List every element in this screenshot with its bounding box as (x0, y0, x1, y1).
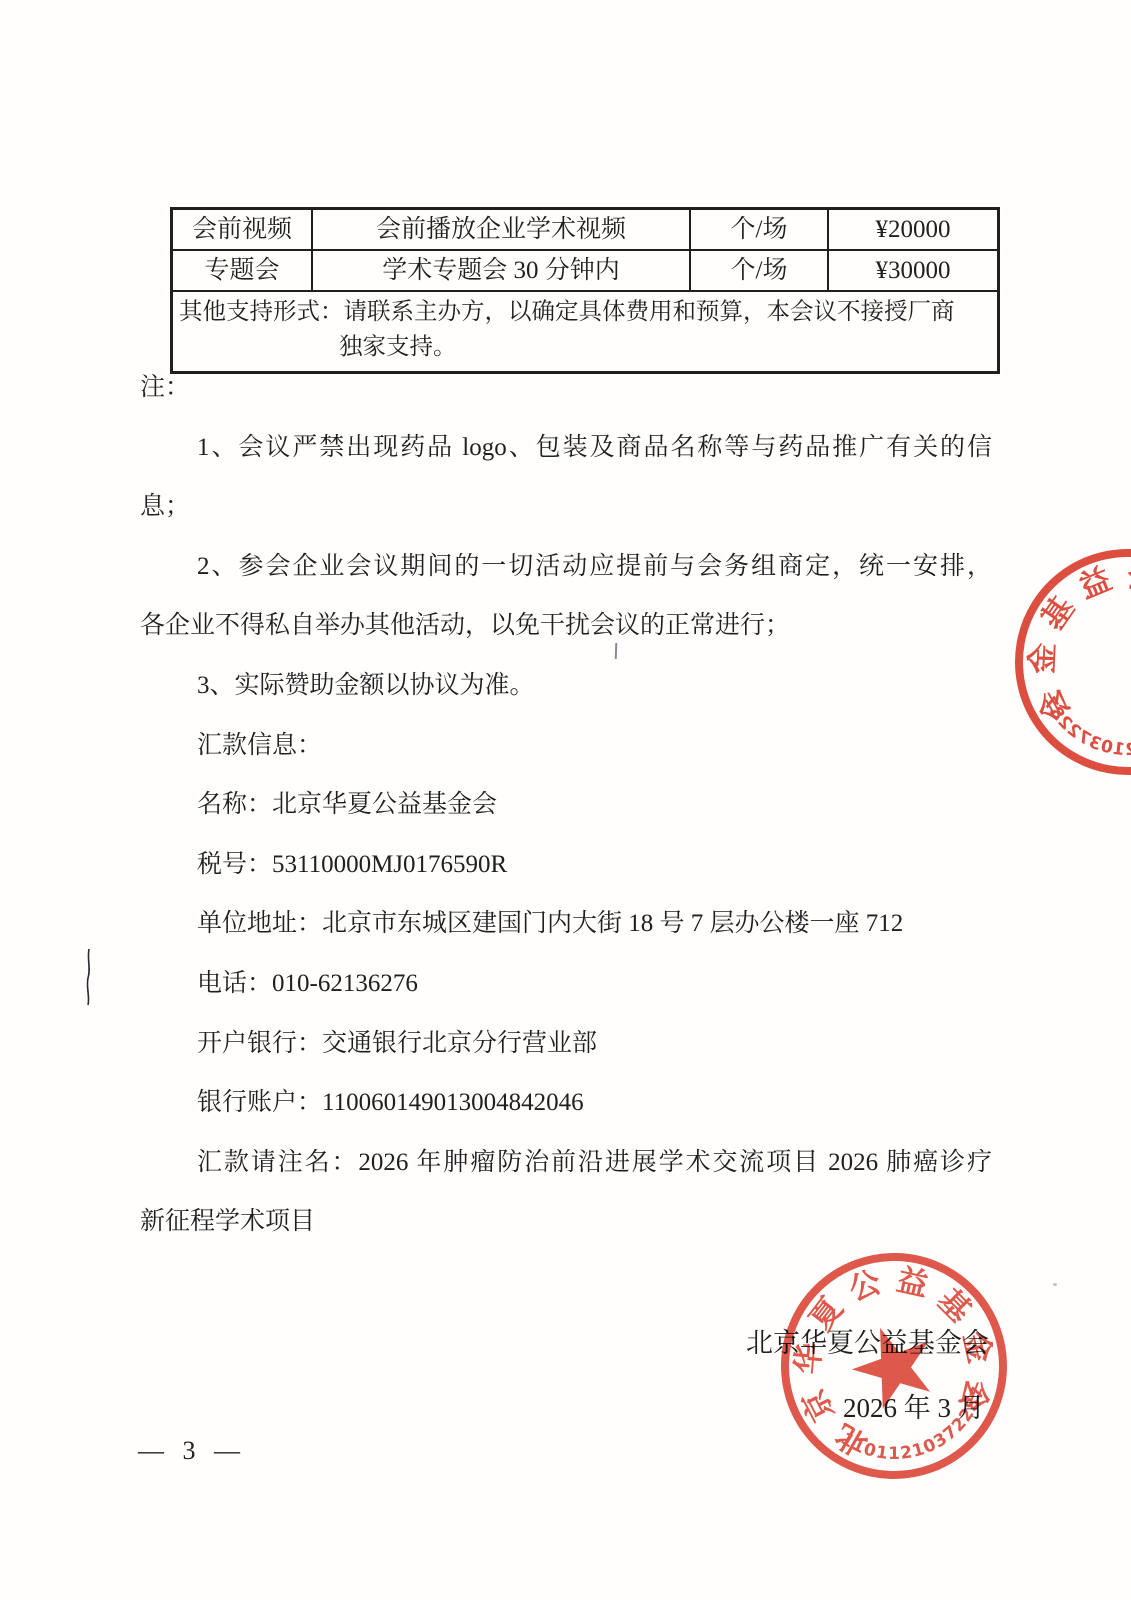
seal-char: 会 (1029, 680, 1078, 729)
seal-ring (749, 1221, 1039, 1511)
table-row: 专题会学术专题会 30 分钟内个/场¥30000 (172, 250, 999, 291)
cell-unit: 个/场 (690, 250, 828, 291)
seal-digit: 2 (897, 1442, 916, 1464)
body-line: 汇款请注名：2026 年肿瘤防治前沿进展学术交流项目 2026 肺癌诊疗 (140, 1133, 992, 1193)
seal-digit: 2 (1061, 719, 1086, 745)
seal-digit: 1 (908, 1439, 929, 1463)
signature-date: 2026 年 3 月 (843, 1391, 985, 1425)
other-support-line1: 其他支持形式：请联系主办方，以确定具体费用和预算，本会议不接授厂商 (179, 295, 989, 330)
seal-char: 基 (929, 1280, 980, 1331)
page-number: — 3 — (138, 1436, 246, 1466)
seal-digit: 1 (872, 1442, 891, 1464)
seal-bottom: ★北京华夏公益基金会11011210372287 (779, 1251, 1009, 1481)
signature-org: 北京华夏公益基金会 (746, 1326, 989, 1360)
body-line: 单位地址：北京市东城区建国门内大街 18 号 7 层办公楼一座 712 (140, 894, 992, 954)
seal-digit: 0 (918, 1434, 941, 1459)
seal-digit: 0 (859, 1439, 880, 1463)
seal-digit: 8 (1044, 701, 1070, 726)
seal-char: 基 (1032, 588, 1082, 638)
sponsor-table: 会前视频会前播放企业学术视频个/场¥20000专题会学术专题会 30 分钟内个/… (170, 207, 1000, 374)
cell-item: 专题会 (172, 250, 313, 291)
body-line: 税号：53110000MJ0176590R (140, 835, 992, 895)
body-line: 银行账户：110060149013004842046 (140, 1073, 992, 1133)
body-line: 电话：010-62136276 (140, 954, 992, 1014)
body-line: 1、会议严禁出现药品 logo、包装及商品名称等与药品推广有关的信 (140, 418, 992, 478)
cell-price: ¥30000 (828, 250, 999, 291)
body-line: 3、实际赞助金额以协议为准。 (140, 656, 992, 716)
seal-right-edge: 北京华夏公益基金会11011210372287 (1013, 547, 1131, 777)
seal-digit: 0 (1097, 736, 1117, 759)
seal-char: 益 (1072, 559, 1119, 606)
scan-mark-artifact (84, 948, 94, 1006)
seal-digit: 3 (929, 1428, 953, 1453)
seal-digit: 1 (847, 1434, 870, 1459)
seal-char: 公 (842, 1262, 888, 1308)
star-icon: ★ (747, 1219, 1042, 1514)
seal-digit: 3 (1084, 731, 1106, 756)
seal-digit: 2 (1123, 740, 1131, 761)
seal-digit: 7 (1072, 726, 1096, 751)
body-line: 各企业不得私自举办其他活动，以免干扰会议的正常进行； (140, 596, 992, 656)
cell-unit: 个/场 (690, 209, 828, 251)
table-row: 会前视频会前播放企业学术视频个/场¥20000 (172, 209, 999, 251)
scan-speckle-artifact (1053, 1283, 1057, 1286)
body-line: 注： (140, 358, 992, 418)
cell-price: ¥20000 (828, 209, 999, 251)
body-line: 开户银行：交通银行北京分行营业部 (140, 1014, 992, 1074)
seal-digit: 1 (1110, 739, 1128, 761)
body-line: 汇款信息： (140, 716, 992, 776)
seal-digit: 7 (1038, 692, 1063, 716)
body-text: 注：1、会议严禁出现药品 logo、包装及商品名称等与药品推广有关的信息；2、参… (140, 358, 992, 1252)
seal-char: 公 (1122, 556, 1131, 598)
seal-char: 京 (793, 1381, 842, 1430)
seal-digit: 1 (835, 1428, 859, 1453)
seal-char: 金 (1023, 639, 1061, 677)
body-line: 息； (140, 477, 992, 537)
cell-description: 会前播放企业学术视频 (312, 209, 690, 251)
body-line: 名称：北京华夏公益基金会 (140, 775, 992, 835)
seal-digit: 1 (886, 1444, 902, 1464)
document-page: 会前视频会前播放企业学术视频个/场¥20000专题会学术专题会 30 分钟内个/… (0, 0, 1131, 1600)
body-line: 2、参会企业会议期间的一切活动应提前与会务组商定，统一安排， (140, 537, 992, 597)
cell-item: 会前视频 (172, 209, 313, 251)
body-line: 新征程学术项目 (140, 1192, 992, 1252)
seal-char: 益 (891, 1261, 934, 1304)
cell-description: 学术专题会 30 分钟内 (312, 250, 690, 291)
seal-ring (997, 531, 1131, 793)
seal-digit: 2 (1052, 710, 1078, 735)
